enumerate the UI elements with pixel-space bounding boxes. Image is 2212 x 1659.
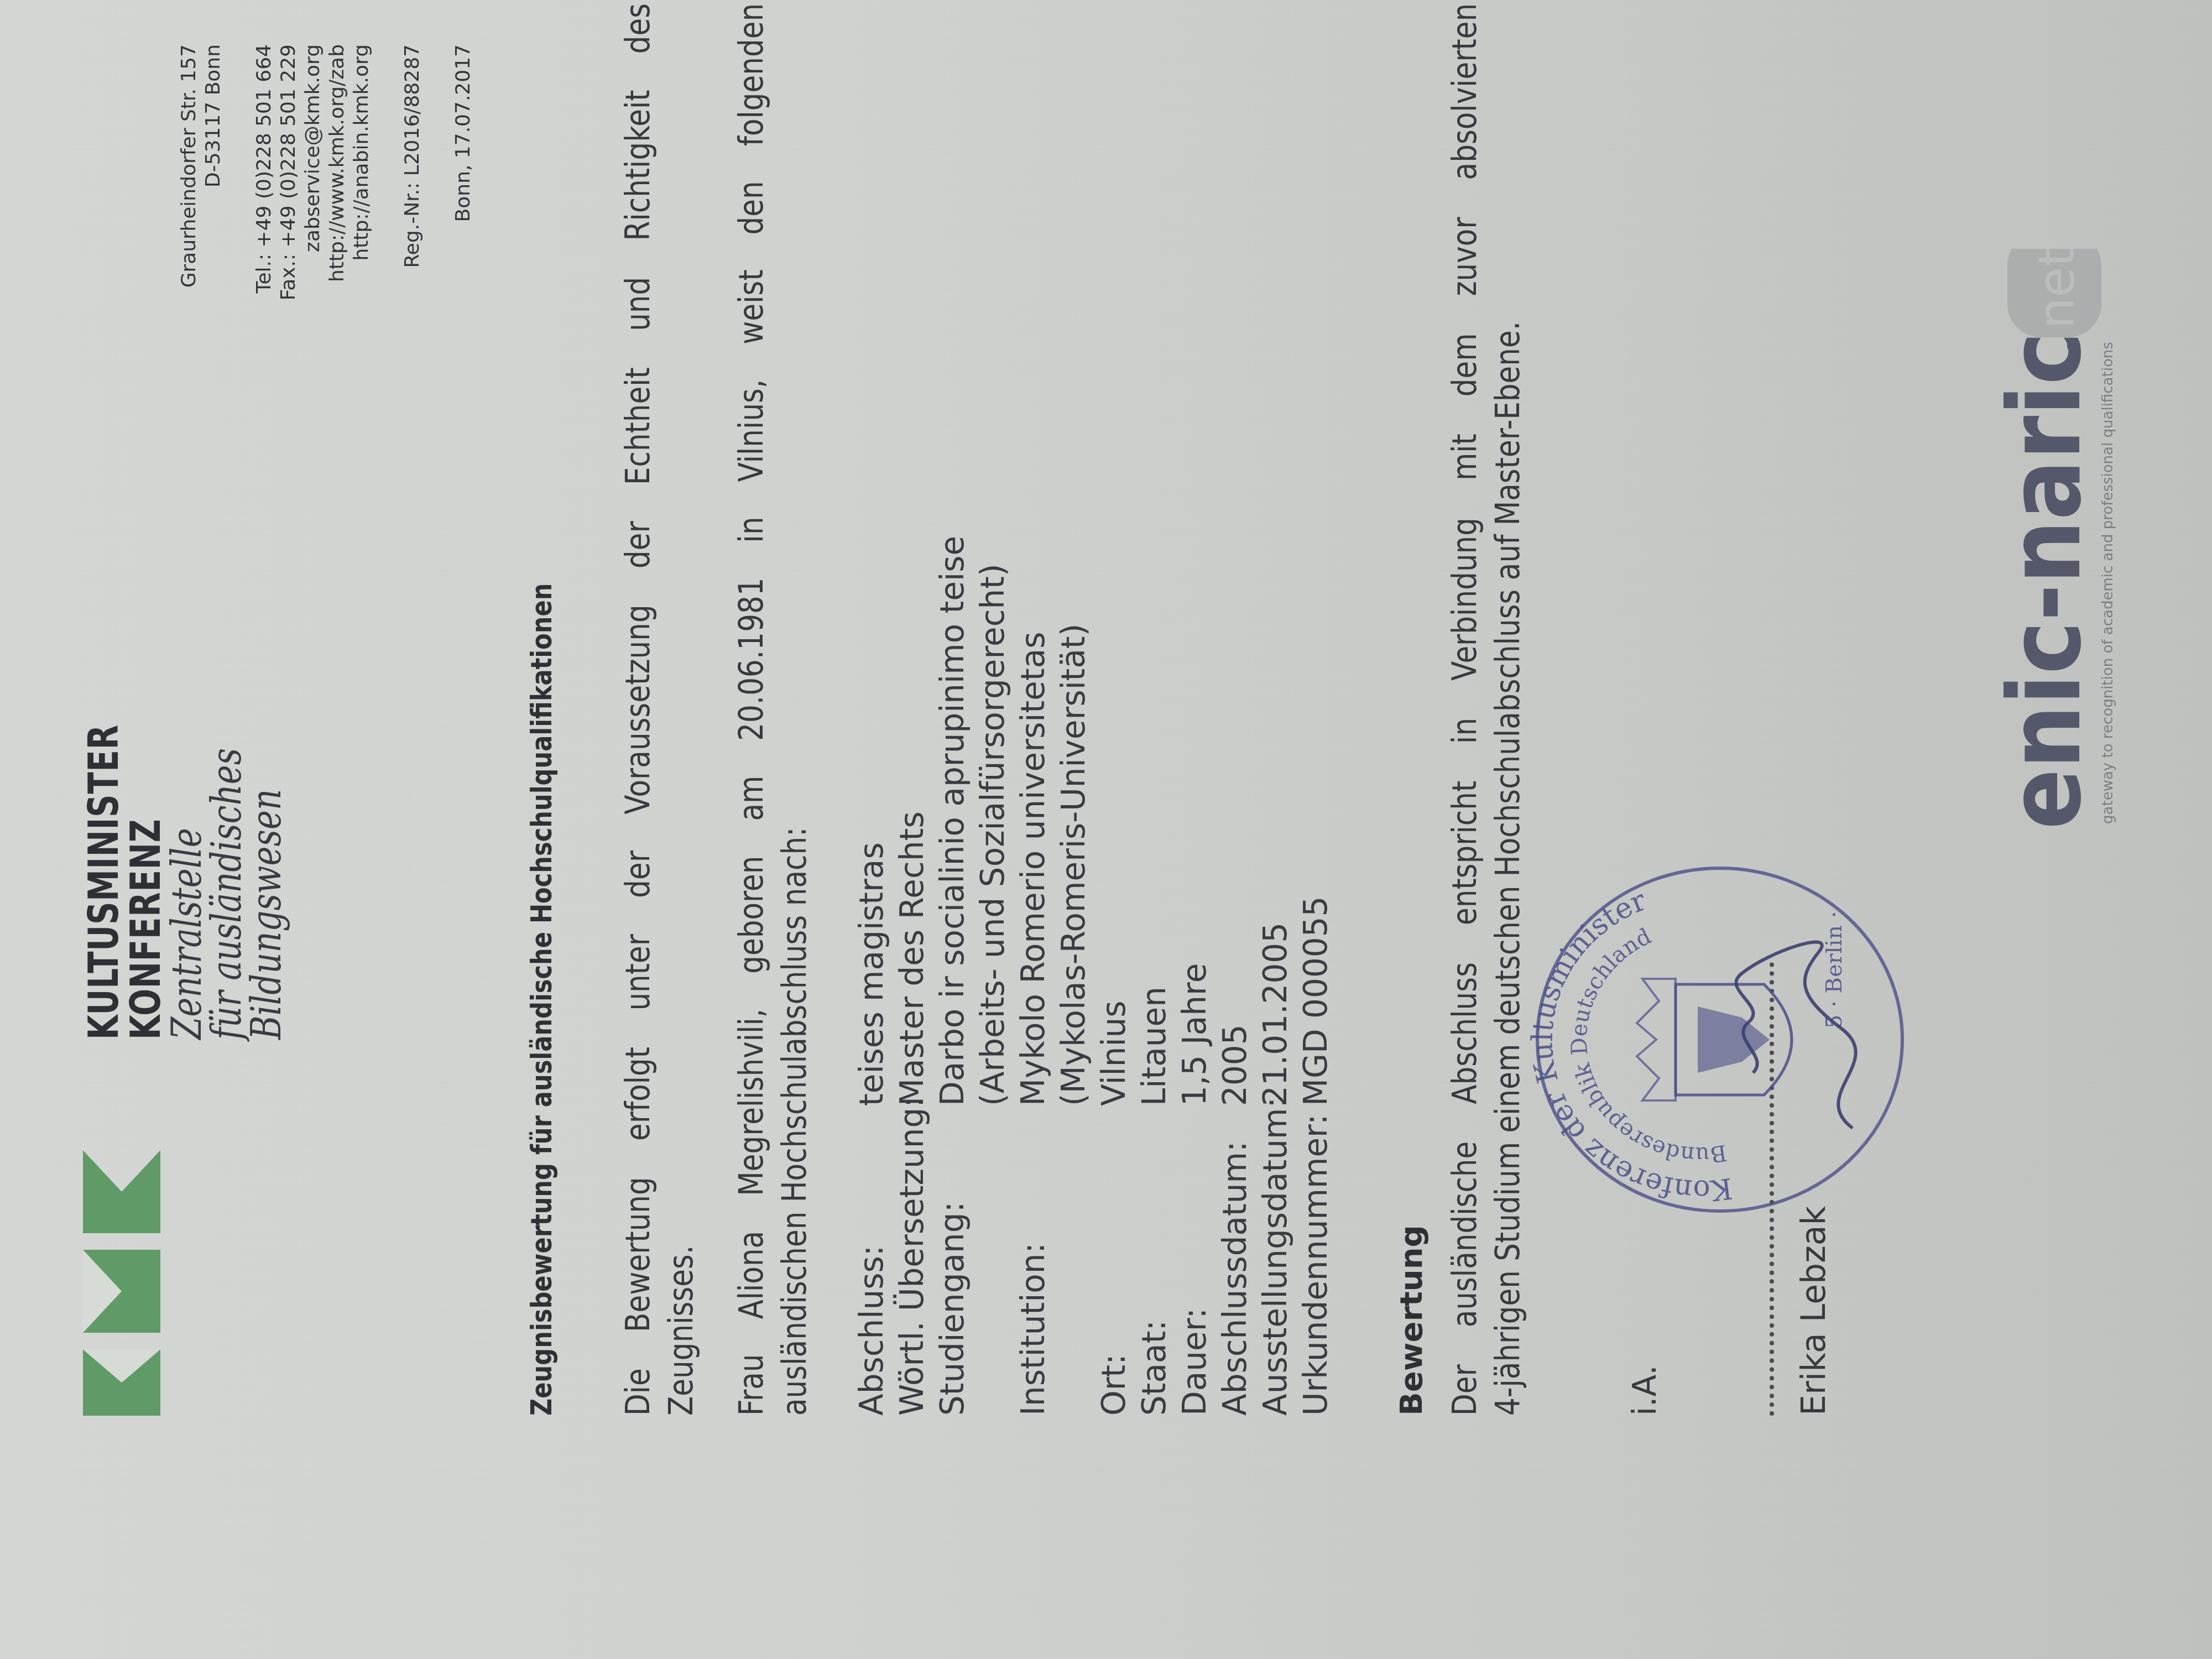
address-fax: Fax.: +49 (0)228 501 229 (276, 44, 301, 300)
address-city: D-53117 Bonn (201, 44, 226, 300)
detail-label: Abschluss: (852, 1106, 892, 1416)
detail-value: 21.01.2005 (1255, 922, 1296, 1106)
intro-paragraph: Die Bewertung erfolgt unter der Vorausse… (617, 0, 703, 1416)
detail-row-ausstellungsdatum: Ausstellungsdatum: 21.01.2005 (1255, 536, 1296, 1416)
detail-row-institution: Institution: Mykolo Romerio universiteta… (1013, 536, 1094, 1416)
qualification-details: Abschluss: teises magistras Wörtl. Übers… (852, 536, 1336, 1416)
detail-row-ort: Ort: Vilnius (1094, 536, 1134, 1416)
detail-label: Staat: (1134, 1106, 1175, 1416)
registration-number: Reg.-Nr.: L2016/88287 (400, 44, 425, 300)
address-web-zab: http://www.kmk.org/zab (325, 44, 349, 300)
enic-naric-logo-icon: enic-naric net gateway to recognition of… (1985, 249, 2151, 830)
address-tel: Tel.: +49 (0)228 501 664 (252, 44, 276, 300)
holder-line-2: ausländischen Hochschulabschluss nach: (773, 3, 816, 1416)
svg-text:net: net (2028, 249, 2086, 329)
holder-paragraph: Frau Aliona Megrelishvili, geboren am 20… (730, 0, 816, 1416)
detail-label: Urkundennummer: (1296, 1106, 1336, 1416)
detail-label: Studiengang: (932, 1106, 1013, 1416)
photo-canvas: KULTUSMINISTER KONFERENZ Zentralstelle f… (0, 0, 2212, 1659)
detail-label: Ausstellungsdatum: (1255, 1106, 1296, 1416)
address-email: zabservice@kmk.org (301, 44, 325, 300)
detail-label: Wörtl. Übersetzung: (892, 1106, 932, 1416)
address-block: Graurheindorfer Str. 157 D-53117 Bonn Te… (177, 44, 476, 300)
detail-label: Institution: (1013, 1106, 1094, 1416)
svg-text:enic-naric: enic-naric (1987, 332, 2103, 830)
detail-label: Ort: (1094, 1106, 1134, 1416)
detail-value: Master des Rechts (892, 811, 932, 1106)
intro-line-1: Die Bewertung erfolgt unter der Vorausse… (617, 3, 660, 1416)
organization-name: KULTUSMINISTER KONFERENZ Zentralstelle f… (83, 635, 286, 1040)
detail-row-dauer: Dauer: 1,5 Jahre (1175, 536, 1215, 1416)
kmk-logo-icon (83, 1073, 160, 1416)
certificate-page: KULTUSMINISTER KONFERENZ Zentralstelle f… (0, 0, 2212, 1659)
place-date: Bonn, 17.07.2017 (451, 44, 476, 300)
ia-label: i.A. (1626, 1365, 1663, 1416)
evaluation-heading: Bewertung (1394, 1225, 1430, 1416)
address-street: Graurheindorfer Str. 157 (177, 44, 201, 300)
official-stamp-icon: Konferenz der Kultusminister Bundesrepub… (1510, 841, 1919, 1239)
detail-value: Vilnius (1094, 1001, 1134, 1106)
holder-line-1: Frau Aliona Megrelishvili, geboren am 20… (730, 3, 773, 1416)
svg-text:gateway to recognition of acad: gateway to recognition of academic and p… (2100, 342, 2116, 824)
detail-row-uebersetzung: Wörtl. Übersetzung: Master des Rechts (892, 536, 932, 1416)
detail-value: Darbo ir socialinio aprupinimo teise (Ar… (932, 536, 1013, 1106)
address-web-anabin: http://anabin.kmk.org (349, 44, 374, 300)
detail-value: Mykolo Romerio universitetas (Mykolas-Ro… (1013, 624, 1094, 1106)
org-sub-line1: Zentralstelle (167, 716, 207, 1040)
org-sub-line2: für ausländisches (207, 716, 247, 1040)
org-name-line1: KULTUSMINISTER (83, 724, 125, 1040)
evaluation-line-1: Der ausländische Abschluss entspricht in… (1443, 3, 1486, 1416)
detail-value: 1,5 Jahre (1175, 963, 1215, 1106)
detail-row-abschlussdatum: Abschlussdatum: 2005 (1215, 536, 1255, 1416)
document-title: Zeugnisbewertung für ausländische Hochsc… (525, 583, 559, 1416)
detail-label: Abschlussdatum: (1215, 1106, 1255, 1416)
detail-row-urkundennummer: Urkundennummer: MGD 000055 (1296, 536, 1336, 1416)
detail-row-abschluss: Abschluss: teises magistras (852, 536, 892, 1416)
svg-text:5 · Berlin ·: 5 · Berlin · (1822, 911, 1847, 1029)
detail-value: MGD 000055 (1296, 896, 1336, 1107)
detail-value: 2005 (1215, 1024, 1255, 1106)
org-sub-line3: Bildungswesen (247, 716, 286, 1040)
detail-row-studiengang: Studiengang: Darbo ir socialinio aprupin… (932, 536, 1013, 1416)
org-name-line2: KONFERENZ (125, 724, 167, 1040)
detail-value: teises magistras (852, 842, 892, 1106)
detail-row-staat: Staat: Litauen (1134, 536, 1175, 1416)
intro-line-2: Zeugnisses. (660, 3, 703, 1416)
detail-label: Dauer: (1175, 1106, 1215, 1416)
detail-value: Litauen (1134, 987, 1175, 1106)
